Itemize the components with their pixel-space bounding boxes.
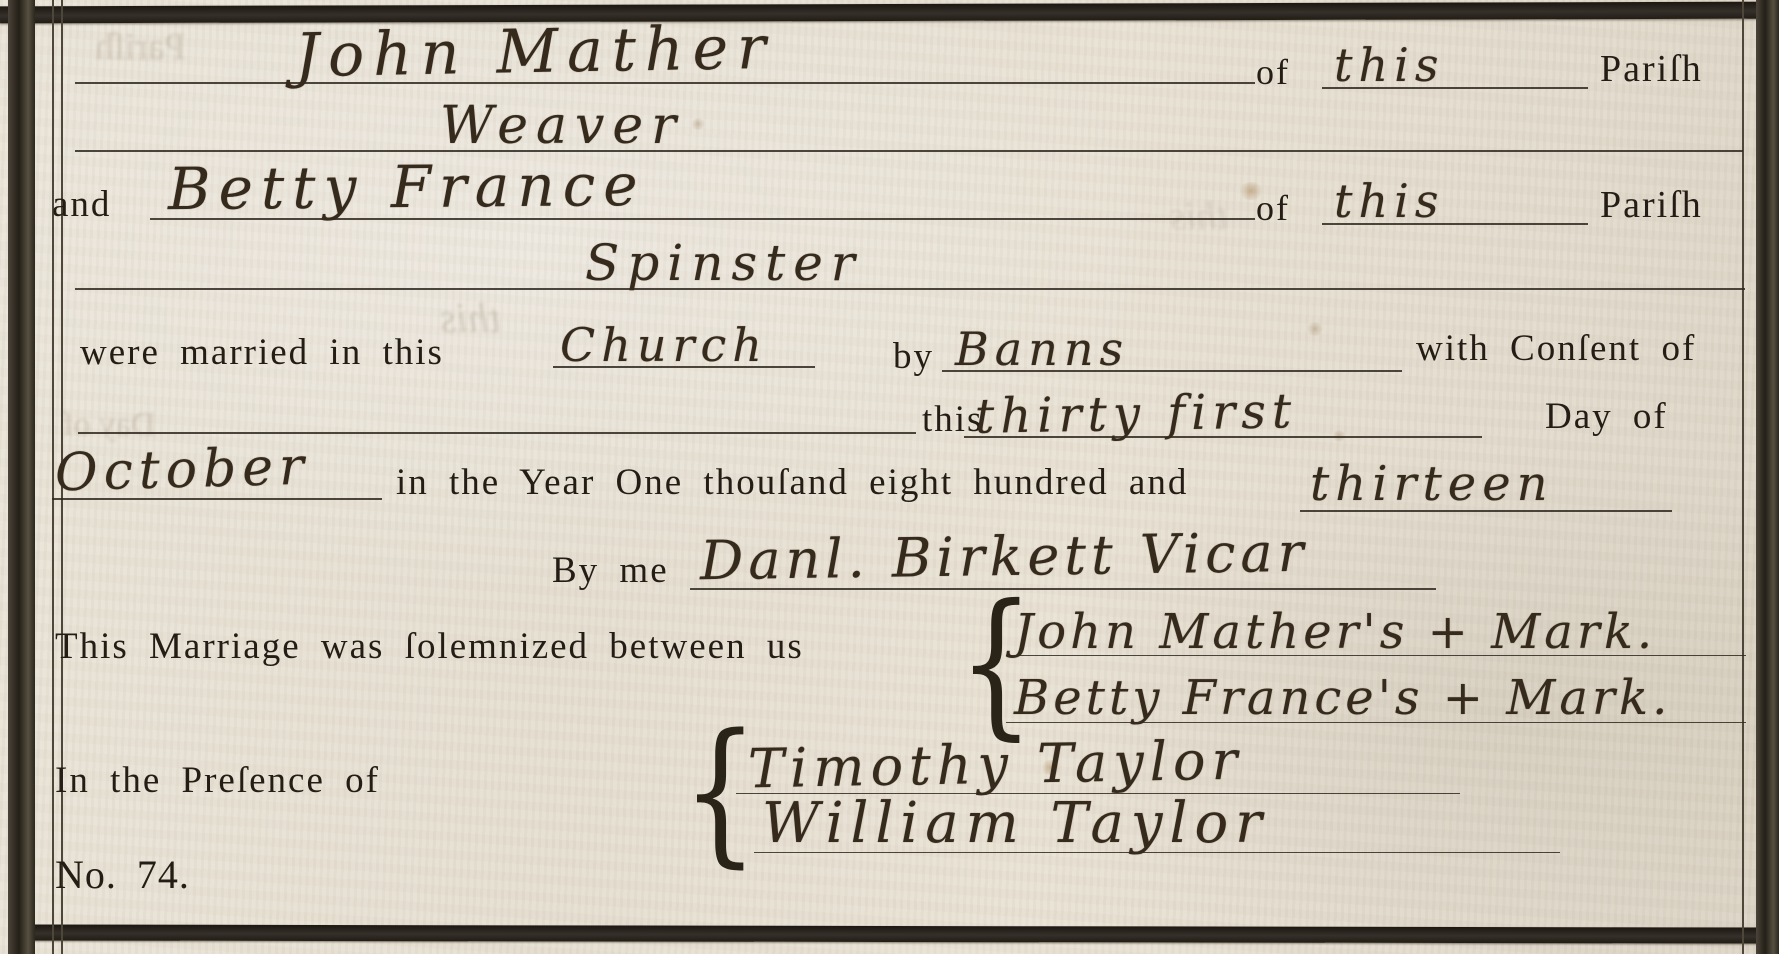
married-prefix-label: were married in this [80, 334, 444, 371]
entry-number: No. 74. [55, 855, 190, 895]
bride-parish-handwriting: this [1334, 178, 1444, 224]
solemnized-label: This Marriage was ſolemnized between us [55, 628, 804, 665]
condition-line [75, 288, 1745, 290]
bleed-through-text: this [440, 298, 501, 340]
groom-mark-handwriting: John Mather's + Mark. [1014, 608, 1656, 656]
and-label: and [52, 186, 111, 223]
occupation-line [75, 150, 1743, 152]
day-of-label: Day of [1545, 398, 1668, 435]
by-me-label: By me [552, 552, 669, 589]
bottom-border-bar [18, 924, 1770, 943]
method-handwriting: Banns [955, 326, 1129, 372]
marriage-register-entry: Pariſh Day of this this John Mather of t… [0, 0, 1779, 954]
groom-occupation-handwriting: Weaver [440, 100, 684, 152]
groom-parish-handwriting: this [1334, 42, 1444, 88]
day-handwriting: thirty first [975, 387, 1298, 441]
bleed-through-text: Pariſh [95, 28, 186, 66]
bleed-through-text: this [1170, 196, 1228, 236]
marks-brace: { [958, 572, 1034, 755]
witness2-signature-handwriting: William Taylor [762, 796, 1269, 852]
bleed-through-text: Day of [62, 408, 155, 442]
right-double-rule [1742, 0, 1747, 954]
year-handwriting: thirteen [1310, 460, 1554, 508]
bride-name-handwriting: Betty France [168, 156, 646, 218]
consent-label: with Conſent of [1416, 330, 1696, 367]
parish-label: Pariſh [1600, 50, 1703, 88]
of-label: of [1256, 190, 1290, 226]
ink-stain [690, 118, 706, 130]
top-border-bar [0, 2, 1779, 24]
presence-label: In the Preſence of [55, 762, 380, 799]
year-prefix-label: in the Year One thouſand eight hundred a… [396, 464, 1188, 501]
parish-label: Pariſh [1600, 186, 1703, 224]
by-label: by [893, 338, 934, 375]
of-label: of [1256, 54, 1290, 90]
month-handwriting: October [54, 441, 310, 500]
place-handwriting: Church [560, 322, 768, 368]
groom-name-handwriting: John Mather [295, 18, 776, 86]
bride-condition-handwriting: Spinster [585, 238, 863, 288]
bride-mark-handwriting: Betty France's + Mark. [1014, 674, 1671, 722]
ink-stain [1306, 322, 1324, 336]
witness1-signature-handwriting: Timothy Taylor [748, 734, 1244, 797]
left-border-band [8, 0, 35, 954]
consent-name-line [78, 432, 916, 434]
right-border-band [1756, 0, 1779, 954]
